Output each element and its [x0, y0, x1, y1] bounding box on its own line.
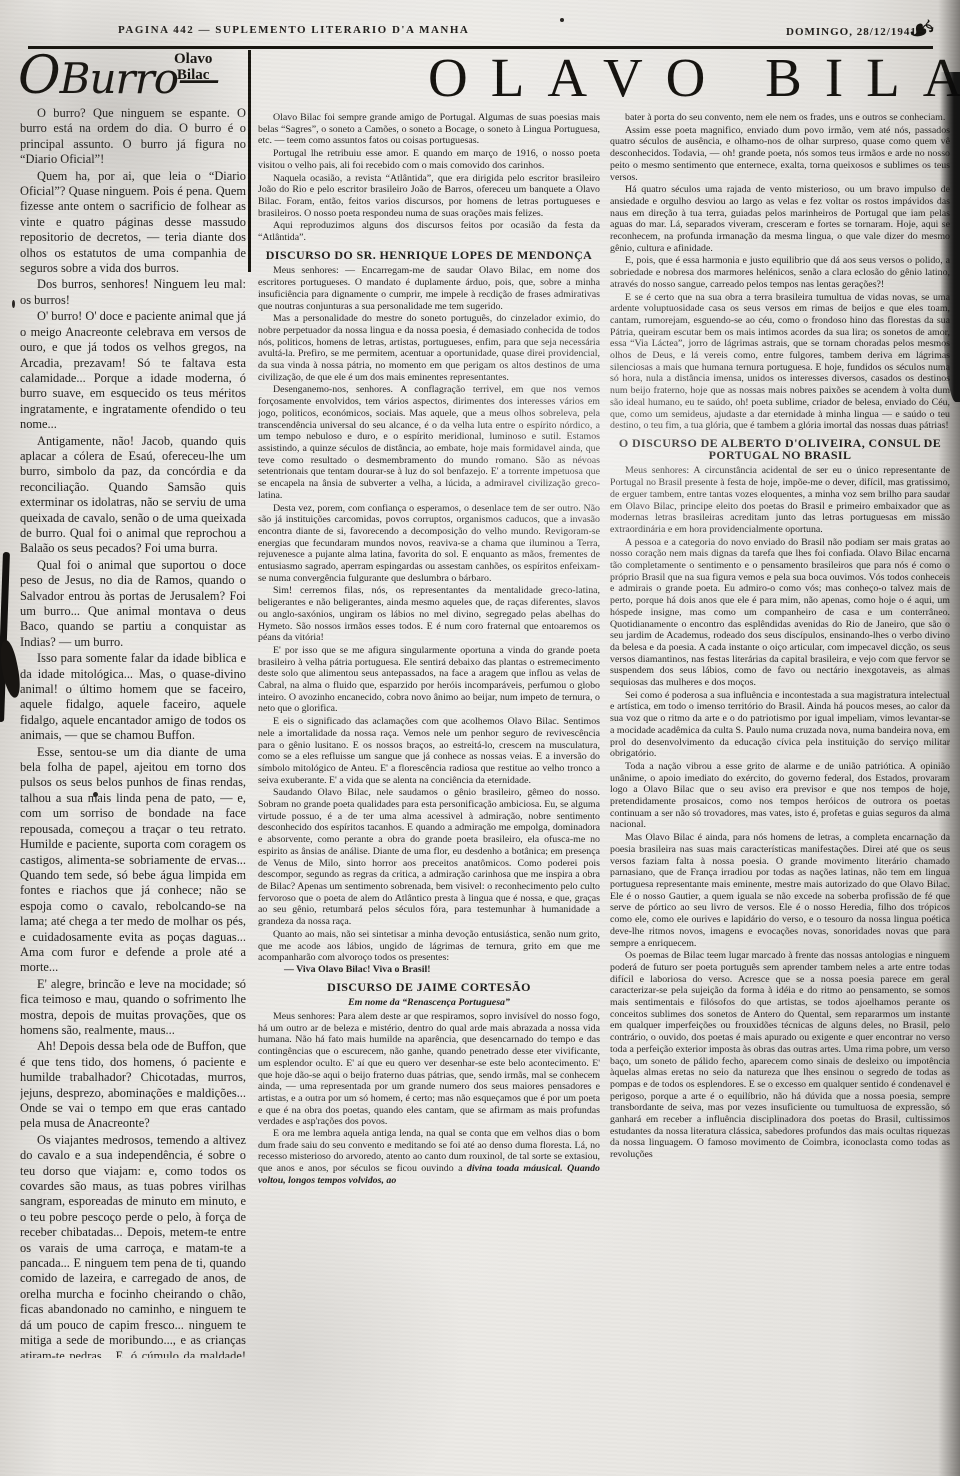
column-masthead: OBurro— Olavo Bilac — [18, 50, 246, 108]
page-title: OLAVO BILAC — [428, 46, 960, 109]
masthead-author-first: Olavo — [174, 52, 212, 68]
paragraph: Quanto ao mais, não sei sintetisar a min… — [258, 929, 600, 964]
newspaper-page: PAGINA 442 — SUPLEMENTO LITERARIO D'A MA… — [0, 0, 960, 1476]
paragraph: bater à porta do seu convento, nem ele n… — [610, 112, 950, 124]
paragraph: Portugal lhe retribuiu esse amor. E quan… — [258, 148, 600, 171]
paragraph: Meus senhores: A circunstância acidental… — [610, 465, 950, 535]
speech-cortesao-body: Meus senhores: Para alem deste ar que re… — [258, 1011, 600, 1128]
paragraph: Qual foi o animal que suportou o doce pe… — [20, 558, 246, 650]
speech-heading-cortesao: DISCURSO DE JAIME CORTESÃO — [258, 982, 600, 994]
masthead-author-last: Bilac — [174, 68, 212, 84]
paragraph: Os viajantes medrosos, temendo a altivez… — [20, 1133, 246, 1358]
paragraph: Naquela ocasião, a revista “Atlântida”, … — [258, 173, 600, 220]
paragraph: Sei como é poderosa a sua influência e i… — [610, 690, 950, 760]
masthead-initial: O — [18, 46, 60, 106]
cortesao-continuation: bater à porta do seu convento, nem ele n… — [610, 112, 950, 432]
right-article-column: bater à porta do seu convento, nem ele n… — [610, 112, 950, 1457]
paragraph: Esse, sentou-se um dia diante de uma bel… — [20, 745, 246, 976]
ink-speck — [12, 300, 15, 308]
paragraph: O burro? Que ninguem se espante. O burro… — [20, 106, 246, 168]
paragraph: Há quatro séculos uma rajada de vento mi… — [610, 184, 950, 254]
paragraph: Saudando Olavo Bilac, nele saudamos o gê… — [258, 787, 600, 927]
paragraph: Quem ha, por ai, que leia o “Diario Ofic… — [20, 169, 246, 277]
paragraph: Assim esse poeta magnifico, enviado dum … — [610, 125, 950, 184]
speech-mendonca-body: Meus senhores: — Encarregam-me de saudar… — [258, 265, 600, 963]
paragraph: Olavo Bilac foi sempre grande amigo de P… — [258, 112, 600, 147]
ink-streak-mark — [0, 552, 10, 722]
paragraph: Toda a nação vibrou a esse grito de alar… — [610, 761, 950, 831]
paragraph: Isso para somente falar da idade biblica… — [20, 651, 246, 743]
ink-speck — [560, 18, 564, 22]
paragraph: Os poemas de Bilac teem lugar marcado à … — [610, 950, 950, 1161]
paragraph: Sim! cerremos filas, nós, os representan… — [258, 585, 600, 644]
paragraph: E se é certo que na sua obra a terra bra… — [610, 292, 950, 432]
paragraph: Desenganemo-nos, senhores. A conflagraçã… — [258, 384, 600, 501]
paragraph: E' por isso que se me afigura singularme… — [258, 645, 600, 715]
intro-paragraphs: Olavo Bilac foi sempre grande amigo de P… — [258, 112, 600, 244]
paragraph: Ah! Depois dessa bela ode de Buffon, que… — [20, 1039, 246, 1131]
page-header-date: DOMINGO, 28/12/1941 — [786, 26, 917, 38]
paragraph: Aqui reproduzimos alguns dos discursos f… — [258, 220, 600, 243]
paragraph: Meus senhores: Para alem deste ar que re… — [258, 1011, 600, 1128]
left-article-column: O burro? Que ninguem se espante. O burro… — [20, 106, 246, 1358]
paragraph: E eis o significado das aclamações com q… — [258, 716, 600, 786]
paragraph: E, pois, que é essa harmonia e justo equ… — [610, 255, 950, 290]
left-article-body: O burro? Que ninguem se espante. O burro… — [20, 106, 246, 1358]
speech-heading-mendonca: DISCURSO DO SR. HENRIQUE LOPES DE MENDON… — [258, 250, 600, 262]
viva-exclamation: — Viva Olavo Bilac! Viva o Brasil! — [258, 964, 600, 976]
masthead-author: Olavo Bilac — [174, 52, 212, 84]
paragraph: Desta vez, porem, com confiança o espera… — [258, 503, 600, 585]
page-header-left: PAGINA 442 — SUPLEMENTO LITERARIO D'A MA… — [118, 24, 469, 36]
center-article-column: Olavo Bilac foi sempre grande amigo de P… — [258, 112, 600, 1442]
paragraph: Meus senhores: — Encarregam-me de saudar… — [258, 265, 600, 312]
ink-speck — [93, 792, 98, 797]
speech-cortesao-final-paragraph: E ora me lembra aquela antiga lenda, na … — [258, 1128, 600, 1187]
paragraph: Mas a personalidade do mestre do soneto … — [258, 313, 600, 383]
masthead-divider — [248, 50, 251, 272]
paragraph: O' burro! O' doce e paciente animal que … — [20, 309, 246, 432]
paragraph: A pessoa e a categoria do novo enviado d… — [610, 537, 950, 689]
paragraph: Antigamente, não! Jacob, quando quis apl… — [20, 434, 246, 557]
speech-subheading-cortesao: Em nome da “Renascença Portuguesa” — [258, 997, 600, 1009]
paragraph: E' alegre, brincão e leve na mocidade; s… — [20, 977, 246, 1039]
speech-heading-oliveira: O DISCURSO DE ALBERTO D'OLIVEIRA, CONSUL… — [610, 438, 950, 461]
paragraph: Dos burros, senhores! Ninguem leu mal: o… — [20, 277, 246, 308]
speech-oliveira-body: Meus senhores: A circunstância acidental… — [610, 465, 950, 1160]
paragraph: Mas Olavo Bilac é ainda, para nós homens… — [610, 832, 950, 949]
